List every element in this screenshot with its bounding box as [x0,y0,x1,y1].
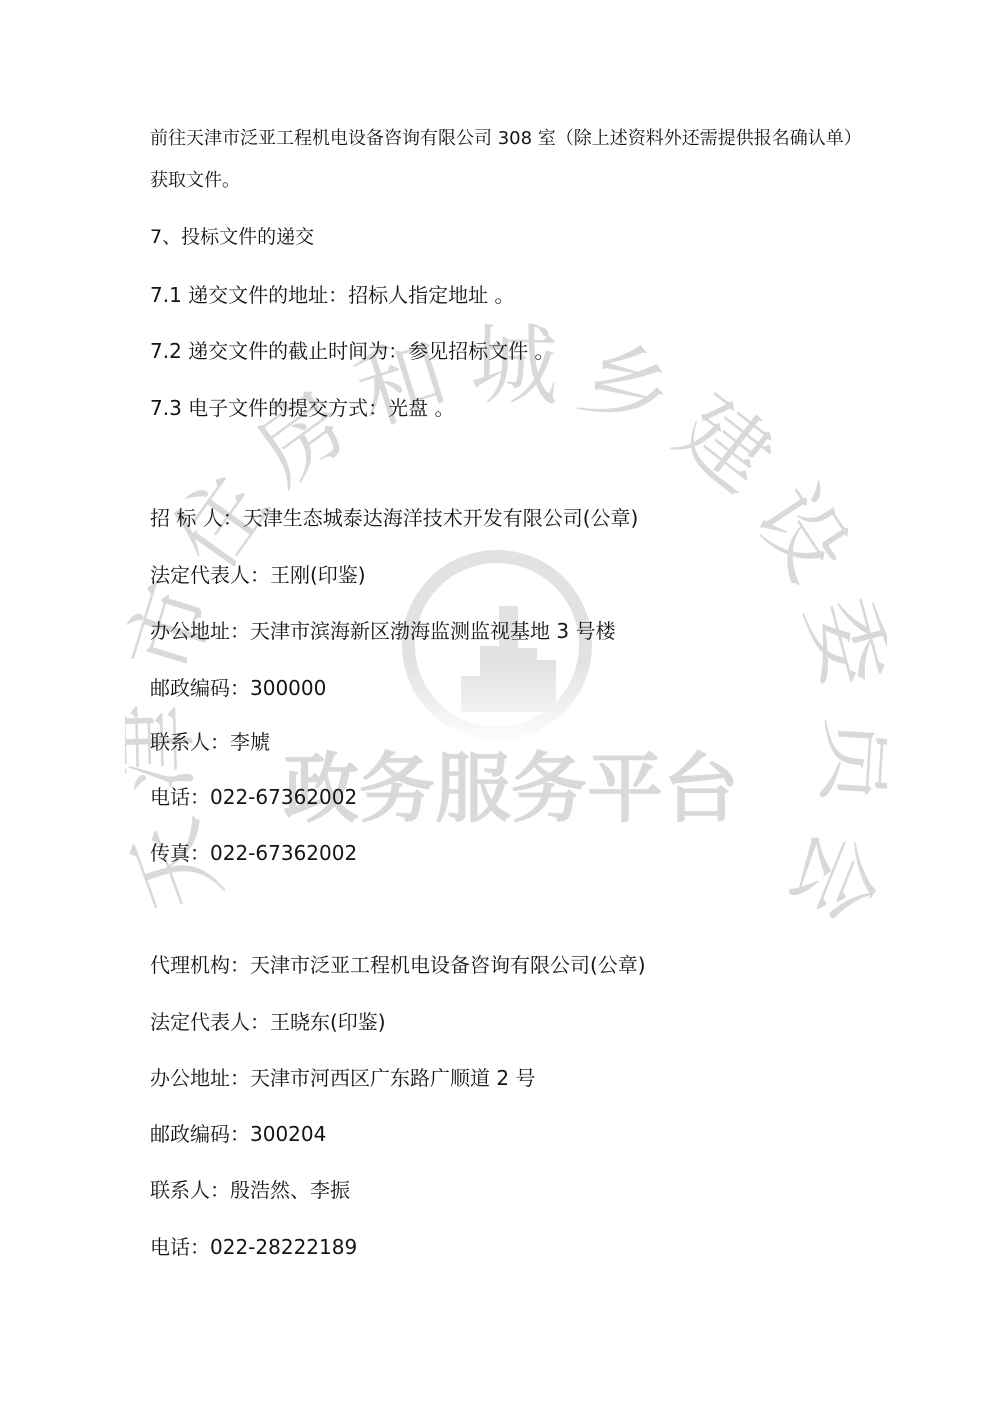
document-line: 7.1 递交文件的地址：招标人指定地址 。 [150,283,515,308]
document-line: 招 标 人：天津生态城泰达海洋技术开发有限公司(公章) [150,506,638,531]
document-line: 传真：022-67362002 [150,841,357,866]
document-line: 法定代表人：王刚(印鉴) [150,563,366,588]
document-line: 前往天津市泛亚工程机电设备咨询有限公司 308 室（除上述资料外还需提供报名确认… [150,128,862,151]
document-page: 天津市住房和城乡建设委员会 政务服务平台 前往天津市泛亚工程机电设备咨询有限公司… [0,0,1000,1413]
document-line: 办公地址：天津市河西区广东路广顺道 2 号 [150,1066,535,1091]
document-line: 7.3 电子文件的提交方式：光盘 。 [150,396,455,421]
document-line: 法定代表人：王晓东(印鉴) [150,1010,386,1035]
document-line: 7.2 递交文件的截止时间为：参见招标文件 。 [150,339,555,364]
document-line: 代理机构：天津市泛亚工程机电设备咨询有限公司(公章) [150,953,646,978]
document-line: 联系人：李虓 [150,730,270,755]
document-line: 邮政编码：300204 [150,1122,326,1147]
document-line: 7、投标文件的递交 [150,226,314,250]
document-content: 前往天津市泛亚工程机电设备咨询有限公司 308 室（除上述资料外还需提供报名确认… [0,0,1000,1413]
document-line: 邮政编码：300000 [150,676,326,701]
document-line: 获取文件。 [150,170,240,193]
document-line: 办公地址：天津市滨海新区渤海监测监视基地 3 号楼 [150,619,615,644]
document-line: 联系人：殷浩然、李振 [150,1178,350,1203]
document-line: 电话：022-67362002 [150,785,357,810]
document-line: 电话：022-28222189 [150,1235,357,1260]
